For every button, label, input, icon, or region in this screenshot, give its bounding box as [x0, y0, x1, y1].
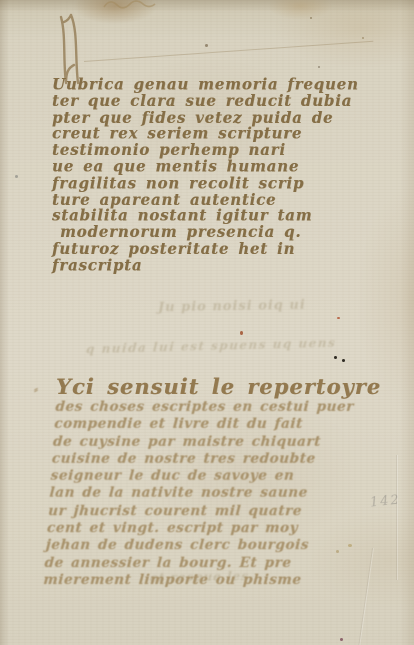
- ink-speck: [205, 44, 208, 47]
- ink-speck: [310, 17, 312, 19]
- french-line: compendie et livre dit du fait: [54, 416, 370, 433]
- manuscript-page: Uubrica genau memoria frequen ter que cl…: [0, 0, 414, 645]
- crease-line: [396, 455, 397, 580]
- french-line: de cuysine par maistre chiquart: [52, 434, 368, 451]
- french-line: lan de la nativite nostre saune: [49, 485, 365, 502]
- ink-speck: [240, 331, 243, 335]
- french-line: ur jhucrist courent mil quatre: [48, 503, 364, 520]
- ink-speck: [362, 37, 364, 39]
- ink-speck: [318, 66, 320, 68]
- french-line: cuisine de nostre tres redoubte: [51, 451, 367, 468]
- french-line: de annessier la bourg. Et pre: [44, 555, 360, 572]
- ink-speck: [342, 359, 345, 362]
- ink-speck: [334, 356, 337, 359]
- french-line: des choses escriptes en cestui puer: [55, 399, 371, 416]
- french-line: mierement limporte ou phisme: [43, 572, 359, 589]
- paragraph-mark: ⸗: [34, 382, 38, 397]
- ink-speck: [15, 175, 18, 178]
- manuscript-heading: Yci sensuit le repertoyre: [56, 374, 381, 399]
- ink-speck: [340, 638, 343, 641]
- ink-speck: [337, 317, 340, 319]
- hairline-scratch: [84, 41, 373, 62]
- french-text-block: des choses escriptes en cestui puer comp…: [43, 399, 371, 589]
- ink-speck: [336, 550, 339, 553]
- ghost-line: q nuida lui est spuens uq uens: [85, 336, 336, 357]
- french-line: seigneur le duc de savoye en: [50, 468, 366, 485]
- french-line: cent et vingt. escript par moy: [46, 520, 362, 537]
- top-edge-ink-fragment: [102, 0, 172, 10]
- crease-line: [358, 548, 373, 645]
- ink-speck: [348, 544, 352, 547]
- latin-text-block: Uubrica genau memoria frequen ter que cl…: [52, 77, 354, 274]
- french-line: jehan de dudens clerc bourgois: [45, 537, 361, 554]
- latin-line: frascripta: [52, 258, 354, 274]
- ghost-line: Ju pio noisi oiq ui: [158, 298, 306, 316]
